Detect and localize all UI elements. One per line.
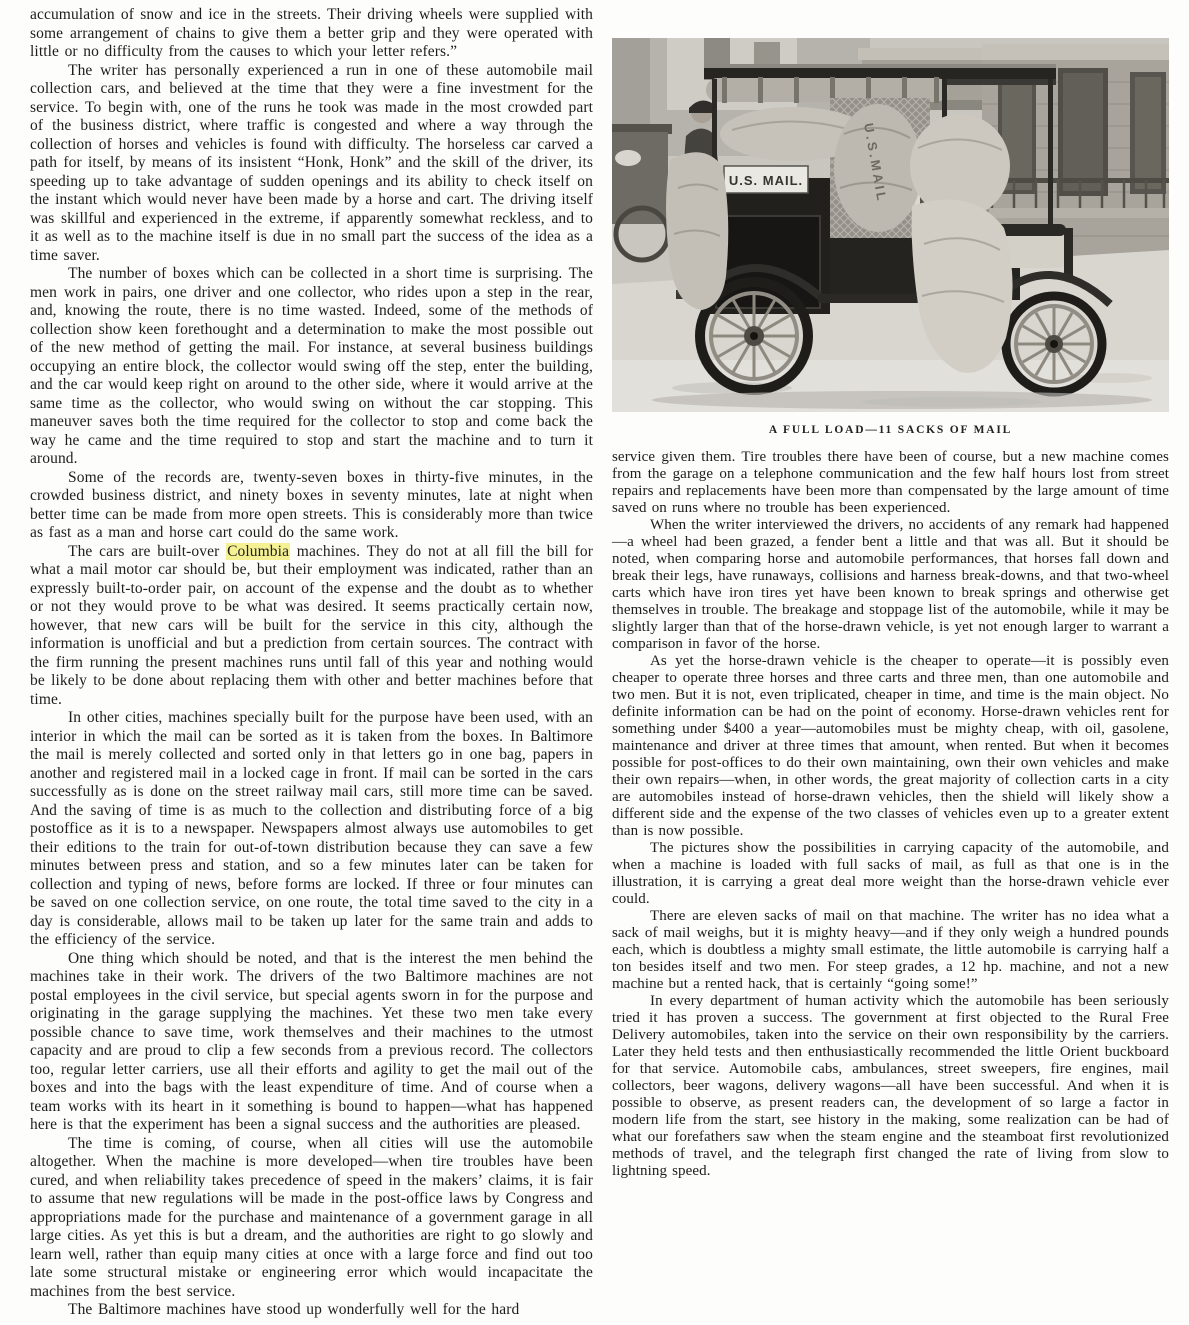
us-mail-sign-text: U.S. MAIL. [729, 173, 803, 188]
stencil-sack: U.S.MAIL [834, 104, 922, 232]
right-column: U.S. MAIL. [612, 6, 1169, 1180]
paragraph: The Baltimore machines have stood up won… [30, 1301, 593, 1320]
highlighted-word-columbia: Columbia [226, 543, 290, 560]
paragraph: accumulation of snow and ice in the stre… [30, 6, 593, 62]
paragraph: Some of the records are, twenty-seven bo… [30, 469, 593, 543]
photo-mail-automobile: U.S. MAIL. [612, 38, 1169, 412]
car-shadow [652, 391, 1152, 409]
building-windows [998, 68, 1166, 196]
photo-illustration: U.S. MAIL. [612, 38, 1169, 412]
paragraph: One thing which should be noted, and tha… [30, 950, 593, 1135]
paragraph-text: machines. They do not at all fill the bi… [30, 543, 593, 708]
paragraph: The writer has personally experienced a … [30, 62, 593, 266]
paragraph: In other cities, machines specially buil… [30, 709, 593, 950]
paragraph-with-highlight: The cars are built-over Columbia machine… [30, 543, 593, 710]
paragraph-text: The cars are built-over [68, 543, 226, 560]
paragraph: The pictures show the possibilities in c… [612, 840, 1169, 908]
paragraph: The time is coming, of course, when all … [30, 1135, 593, 1302]
paragraph: As yet the horse-drawn vehicle is the ch… [612, 653, 1169, 840]
paragraph: In every department of human activity wh… [612, 993, 1169, 1180]
left-column: accumulation of snow and ice in the stre… [30, 6, 593, 1320]
paragraph: service given them. Tire troubles there … [612, 449, 1169, 517]
paragraph: When the writer interviewed the drivers,… [612, 517, 1169, 653]
paragraph: There are eleven sacks of mail on that m… [612, 908, 1169, 993]
front-wheel [1006, 296, 1102, 392]
photo-caption: A FULL LOAD—11 SACKS OF MAIL [612, 424, 1169, 436]
magazine-page: accumulation of snow and ice in the stre… [0, 0, 1189, 1325]
paragraph: The number of boxes which can be collect… [30, 265, 593, 469]
